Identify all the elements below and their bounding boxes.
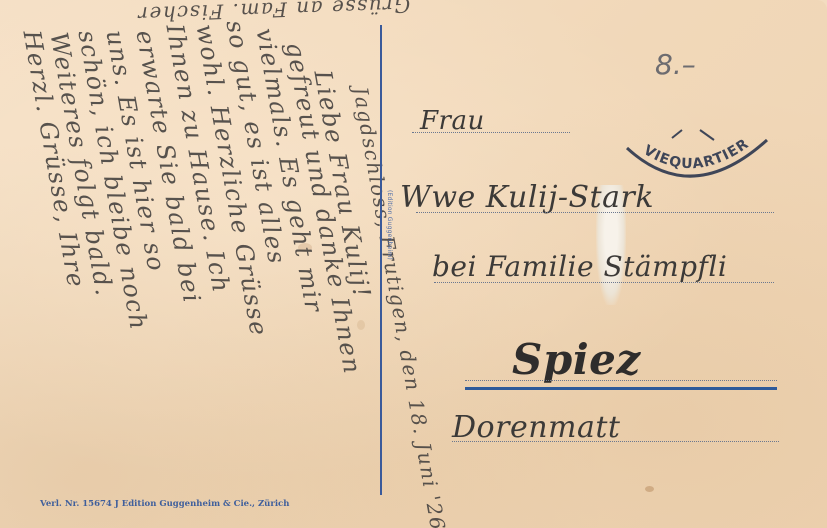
address-line-2: Wwe Kulij-Stark <box>400 180 654 215</box>
address-rule-1 <box>412 132 570 133</box>
paper-stain <box>645 486 654 492</box>
message-top-line: Grüsse an Fam. Fischer <box>137 0 411 27</box>
postcard: Grüsse an Fam. Fischer Herzl. Grüsse, Ih… <box>0 0 827 528</box>
message-dateline: Jagdschloss, Frutigen, den 18. Juni '26 <box>348 85 450 528</box>
address-rule-4 <box>465 380 777 381</box>
address-rule-5 <box>452 441 779 442</box>
price-mark: 8.– <box>655 48 696 81</box>
address-rule-3 <box>434 282 774 283</box>
address-line-4: Spiez <box>512 335 641 384</box>
address-line-5: Dorenmatt <box>452 410 620 445</box>
address-rule-2 <box>416 212 774 213</box>
divider-line <box>380 25 382 495</box>
svg-text:VIEQUARTIER: VIEQUARTIER <box>641 136 753 173</box>
address-line-3: bei Familie Stämpfli <box>432 250 727 283</box>
publisher-imprint: Verl. Nr. 15674 J Edition Guggenheim & C… <box>40 499 289 509</box>
publisher-vertical-text: (Edition Guggenheim) <box>386 190 393 260</box>
address-blue-rule <box>465 387 777 390</box>
